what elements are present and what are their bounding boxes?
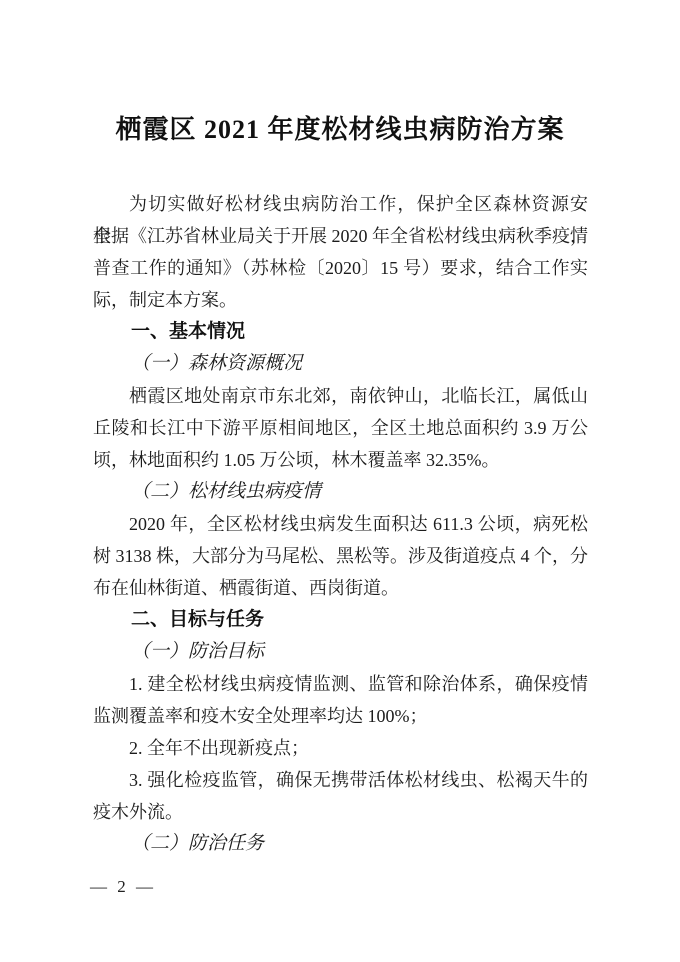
document-page: 栖霞区 2021 年度松材线虫病防治方案 为切实做好松材线虫病防治工作，保护全区… bbox=[0, 0, 680, 962]
subheading: （一）森林资源概况 bbox=[93, 348, 588, 380]
paragraph: 栖霞区地处南京市东北郊，南依钟山，北临长江，属低山丘陵和长江中下游平原相间地区，… bbox=[93, 380, 588, 476]
text-line: 为切实做好松材线虫病防治工作，保护全区森林资源安全， bbox=[93, 188, 588, 220]
document-body: 为切实做好松材线虫病防治工作，保护全区森林资源安全，根据《江苏省林业局关于开展 … bbox=[93, 188, 588, 860]
text-line: 二、目标与任务 bbox=[93, 604, 588, 636]
list-item: 3. 强化检疫监管，确保无携带活体松材线虫、松褐天牛的疫木外流。 bbox=[93, 764, 588, 828]
list-item: 2. 全年不出现新疫点； bbox=[93, 732, 588, 764]
heading: 二、目标与任务 bbox=[93, 604, 588, 636]
text-line: 栖霞区地处南京市东北郊，南依钟山，北临长江，属低山 bbox=[93, 380, 588, 412]
text-line: 丘陵和长江中下游平原相间地区，全区土地总面积约 3.9 万公 bbox=[93, 412, 588, 444]
subheading: （二）防治任务 bbox=[93, 828, 588, 860]
text-line: 布在仙林街道、栖霞街道、西岗街道。 bbox=[93, 572, 588, 604]
text-line: 一、基本情况 bbox=[93, 316, 588, 348]
text-line: 根据《江苏省林业局关于开展 2020 年全省松材线虫病秋季疫情 bbox=[93, 220, 588, 252]
paragraph: 为切实做好松材线虫病防治工作，保护全区森林资源安全，根据《江苏省林业局关于开展 … bbox=[93, 188, 588, 316]
text-line: 疫木外流。 bbox=[93, 796, 588, 828]
text-line: 监测覆盖率和疫木安全处理率均达 100%； bbox=[93, 700, 588, 732]
heading: 一、基本情况 bbox=[93, 316, 588, 348]
text-line: 树 3138 株，大部分为马尾松、黑松等。涉及街道疫点 4 个，分 bbox=[93, 540, 588, 572]
text-line: 际，制定本方案。 bbox=[93, 284, 588, 316]
text-line: （一）防治目标 bbox=[93, 636, 588, 668]
text-line: 顷，林地面积约 1.05 万公顷，林木覆盖率 32.35%。 bbox=[93, 444, 588, 476]
text-line: （二）松材线虫病疫情 bbox=[93, 476, 588, 508]
text-line: 3. 强化检疫监管，确保无携带活体松材线虫、松褐天牛的 bbox=[93, 764, 588, 796]
list-item: 1. 建全松材线虫病疫情监测、监管和除治体系，确保疫情监测覆盖率和疫木安全处理率… bbox=[93, 668, 588, 732]
text-line: 1. 建全松材线虫病疫情监测、监管和除治体系，确保疫情 bbox=[93, 668, 588, 700]
text-line: 2. 全年不出现新疫点； bbox=[93, 732, 588, 764]
paragraph: 2020 年，全区松材线虫病发生面积达 611.3 公顷，病死松树 3138 株… bbox=[93, 508, 588, 604]
text-line: （一）森林资源概况 bbox=[93, 348, 588, 380]
text-line: （二）防治任务 bbox=[93, 828, 588, 860]
text-line: 2020 年，全区松材线虫病发生面积达 611.3 公顷，病死松 bbox=[93, 508, 588, 540]
subheading: （一）防治目标 bbox=[93, 636, 588, 668]
text-line: 普查工作的通知》（苏林检〔2020〕15 号）要求，结合工作实 bbox=[93, 252, 588, 284]
page-number: — 2 — bbox=[90, 876, 156, 898]
subheading: （二）松材线虫病疫情 bbox=[93, 476, 588, 508]
document-title: 栖霞区 2021 年度松材线虫病防治方案 bbox=[0, 112, 680, 148]
